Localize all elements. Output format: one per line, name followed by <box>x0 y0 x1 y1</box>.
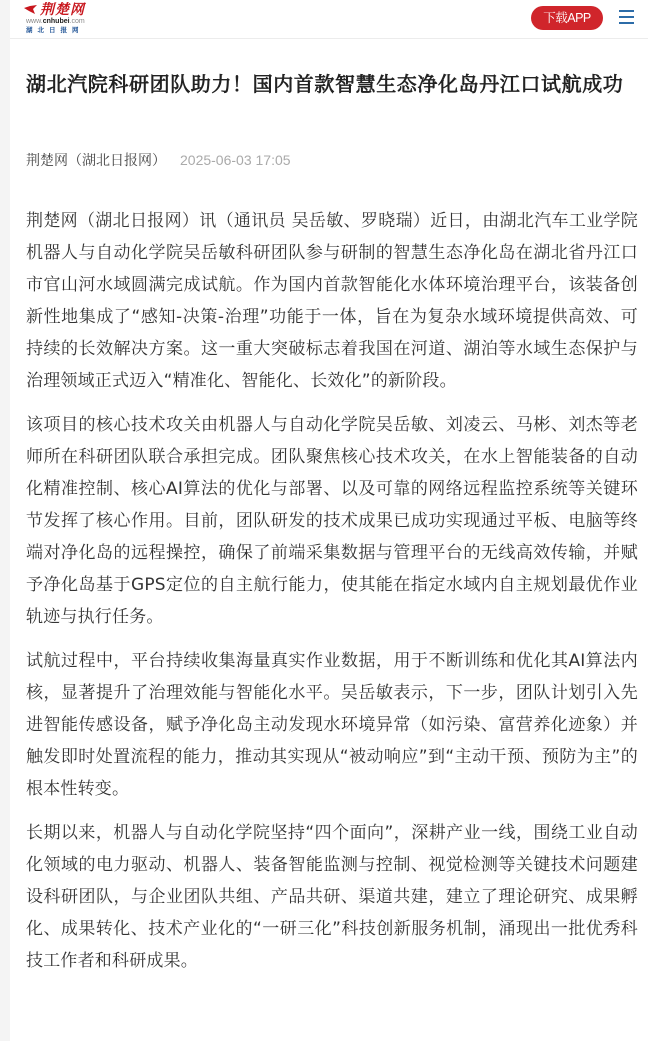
article-paragraph: 长期以来，机器人与自动化学院坚持“四个面向”，深耕产业一线，围绕工业自动化领域的… <box>26 817 638 977</box>
article-paragraph: 荆楚网（湖北日报网）讯（通讯员 吴岳敏、罗晓瑞）近日，由湖北汽车工业学院机器人与… <box>26 205 638 397</box>
logo-name: 荆楚网 <box>40 2 85 18</box>
article-title: 湖北汽院科研团队助力！国内首款智慧生态净化岛丹江口试航成功 <box>26 66 638 102</box>
article-body: 荆楚网（湖北日报网）讯（通讯员 吴岳敏、罗晓瑞）近日，由湖北汽车工业学院机器人与… <box>26 205 638 989</box>
article-source: 荆楚网（湖北日报网） <box>26 153 166 169</box>
top-header: 荆楚网 www.cnhubei.com 湖北日报网 下载APP <box>10 0 648 39</box>
logo-url-prefix: www. <box>26 18 43 25</box>
logo-subtitle: 湖北日报网 <box>26 26 114 35</box>
article-paragraph: 该项目的核心技术攻关由机器人与自动化学院吴岳敏、刘凌云、马彬、刘杰等老师所在科研… <box>26 409 638 633</box>
logo-url-suffix: .com <box>70 18 85 25</box>
menu-bar <box>619 10 634 12</box>
hamburger-menu-icon[interactable] <box>619 10 634 25</box>
article-timestamp: 2025-06-03 17:05 <box>180 152 291 168</box>
logo-url: www.cnhubei.com <box>26 18 114 26</box>
menu-bar <box>619 22 634 24</box>
site-logo[interactable]: 荆楚网 www.cnhubei.com 湖北日报网 <box>24 2 114 36</box>
download-app-button[interactable]: 下载APP <box>531 6 603 30</box>
menu-bar <box>619 16 634 18</box>
article-paragraph: 试航过程中，平台持续收集海量真实作业数据，用于不断训练和优化其AI算法内核，显著… <box>26 645 638 805</box>
logo-bird-icon <box>24 5 38 15</box>
page: 荆楚网 www.cnhubei.com 湖北日报网 下载APP 湖北汽院科研团队… <box>10 0 648 1041</box>
logo-url-main: cnhubei <box>43 18 70 25</box>
article-meta: 荆楚网（湖北日报网）2025-06-03 17:05 <box>26 150 291 171</box>
